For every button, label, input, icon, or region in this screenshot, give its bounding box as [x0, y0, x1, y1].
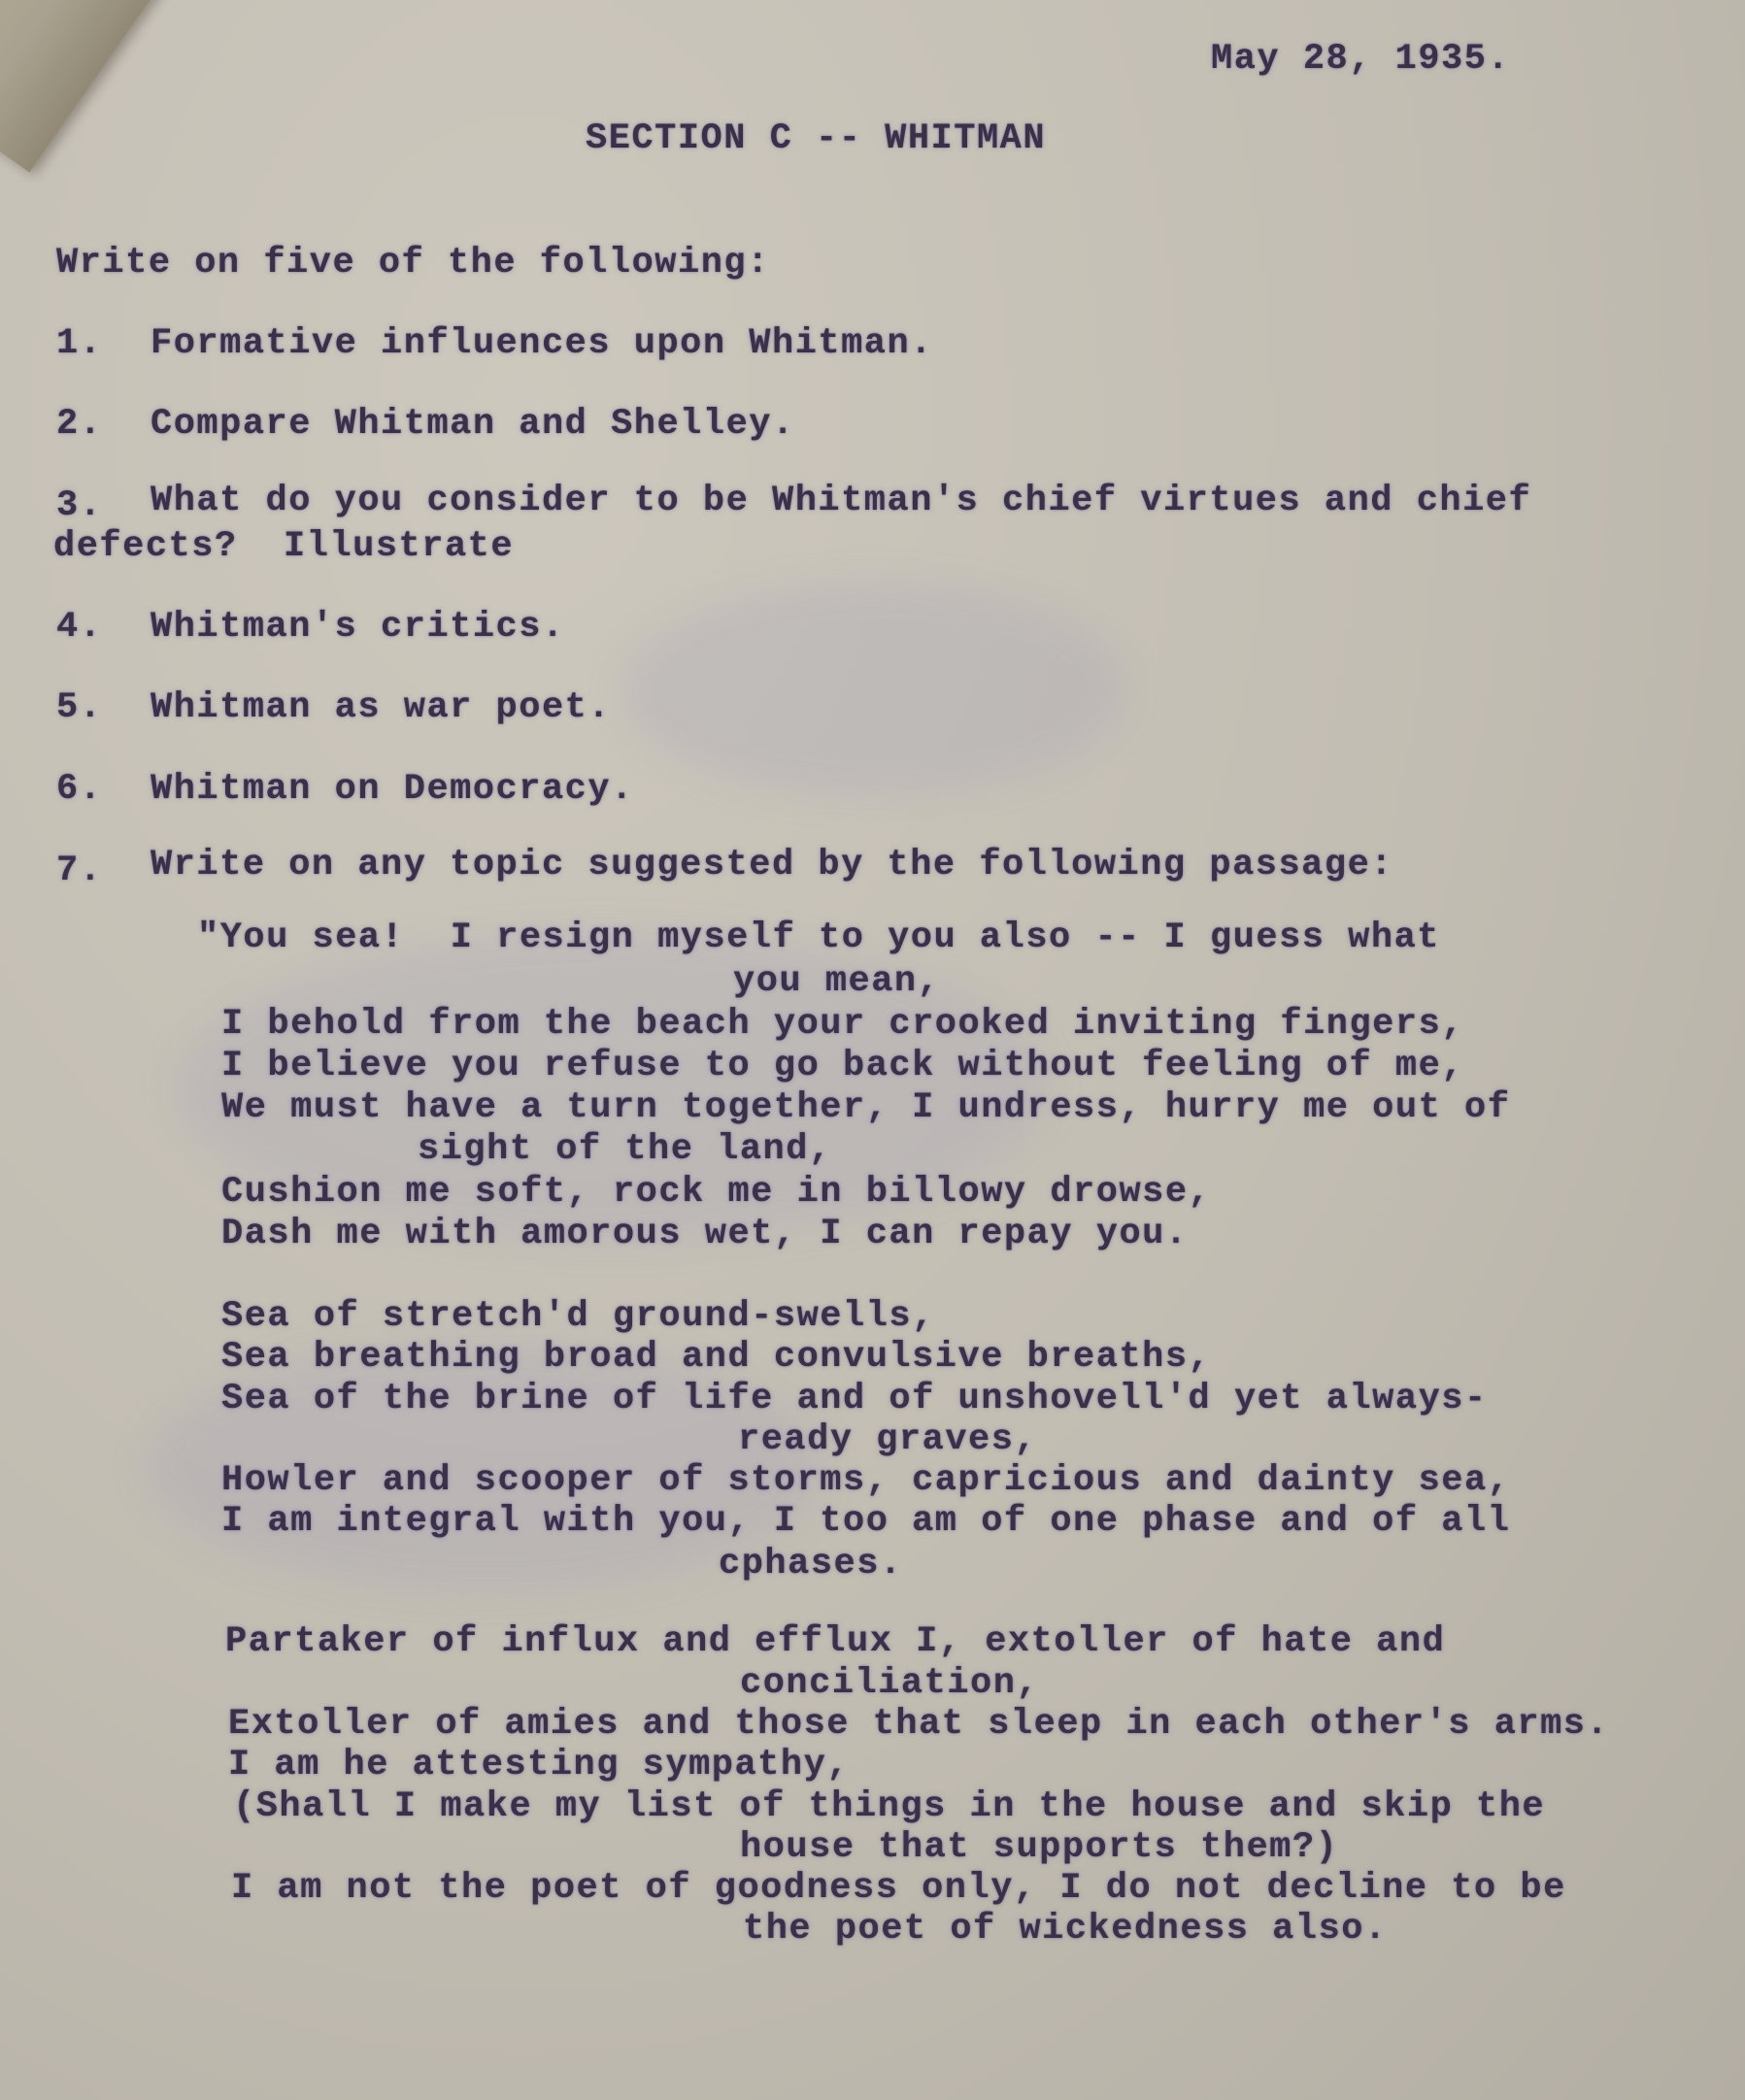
passage-line: cphases. [719, 1544, 903, 1584]
passage-line: I behold from the beach your crooked inv… [221, 1004, 1464, 1045]
question-text: Write on any topic suggested by the foll… [151, 845, 1393, 885]
document-date: May 28, 1935. [1211, 39, 1510, 80]
passage-line: I am not the poet of goodness only, I do… [231, 1868, 1566, 1909]
typewritten-page: May 28, 1935. SECTION C -- WHITMAN Write… [0, 0, 1745, 2100]
passage-line: you mean, [733, 961, 940, 1002]
passage-line: I am he attesting sympathy, [228, 1745, 850, 1785]
question-number: 2. [56, 404, 102, 445]
passage-line: I believe you refuse to go back without … [221, 1046, 1464, 1086]
question-number: 1. [56, 323, 102, 364]
passage-line: (Shall I make my list of things in the h… [233, 1786, 1545, 1827]
passage-line: Sea of stretch'd ground-swells, [221, 1296, 935, 1337]
passage-line: conciliation, [740, 1663, 1039, 1704]
passage-line: Cushion me soft, rock me in billowy drow… [221, 1172, 1211, 1213]
question-text: Formative influences upon Whitman. [151, 323, 933, 364]
instruction-text: Write on five of the following: [56, 243, 770, 283]
section-title: SECTION C -- WHITMAN [586, 118, 1046, 159]
passage-line: "You sea! I resign myself to you also --… [197, 917, 1440, 958]
question-text: Whitman as war poet. [151, 687, 611, 728]
passage-line: We must have a turn together, I undress,… [221, 1087, 1510, 1128]
question-continuation: defects? Illustrate [53, 526, 514, 567]
passage-line: the poet of wickedness also. [743, 1909, 1388, 1950]
passage-line: Dash me with amorous wet, I can repay yo… [221, 1214, 1189, 1254]
passage-line: Howler and scooper of storms, capricious… [221, 1460, 1510, 1501]
question-text: What do you consider to be Whitman's chi… [151, 481, 1531, 521]
passage-line: I am integral with you, I too am of one … [221, 1501, 1510, 1542]
passage-line: Extoller of amies and those that sleep i… [228, 1704, 1609, 1745]
question-text: Whitman's critics. [151, 607, 565, 648]
question-number: 3. [56, 485, 102, 526]
passage-line: ready graves, [738, 1419, 1037, 1460]
question-number: 7. [56, 850, 102, 891]
passage-line: Sea of the brine of life and of unshovel… [221, 1379, 1488, 1419]
page-corner-shadow [0, 0, 197, 172]
passage-line: Partaker of influx and efflux I, extolle… [225, 1621, 1445, 1662]
passage-line: house that supports them?) [740, 1827, 1338, 1868]
ink-smudge [621, 583, 1126, 796]
passage-line: sight of the land, [418, 1129, 832, 1170]
question-number: 4. [56, 607, 102, 648]
passage-line: Sea breathing broad and convulsive breat… [221, 1337, 1211, 1378]
question-number: 5. [56, 687, 102, 728]
question-number: 6. [56, 769, 102, 810]
question-text: Compare Whitman and Shelley. [151, 404, 795, 445]
question-text: Whitman on Democracy. [151, 769, 634, 810]
